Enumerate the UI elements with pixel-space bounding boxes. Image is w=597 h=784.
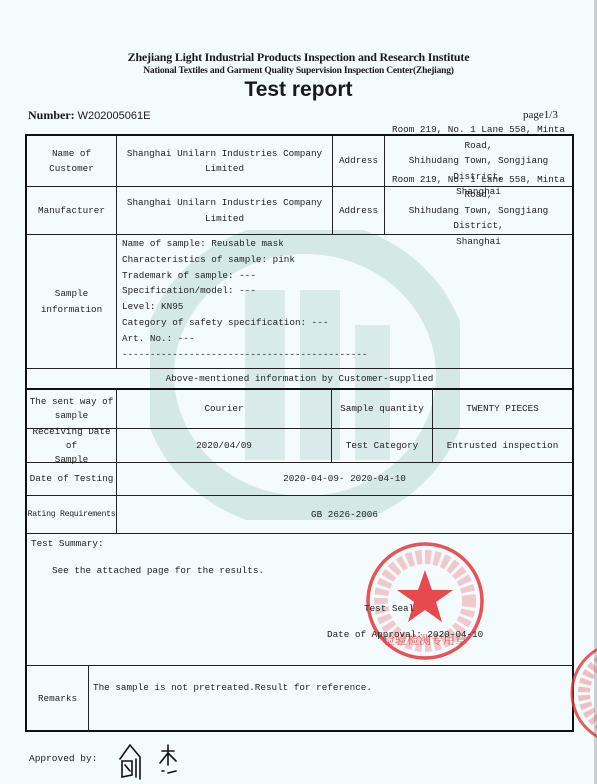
customer-address-label: Address [333,136,384,186]
receiving-date-label-line1: Receiving Date of [27,425,116,453]
sample-safety-category: Category of safety specification: --- [122,315,328,331]
test-seal-label: Test Seal [364,603,414,614]
approved-by-label: Approved by: [29,753,97,764]
manufacturer-name-line2: Limited [205,211,244,227]
manufacturer-address-label: Address [333,187,384,234]
partial-seal-icon [570,638,597,748]
remarks-label: Remarks [27,666,88,732]
sample-info-label-line1: Sample [55,286,88,302]
test-category-value: Entrusted inspection [433,429,572,462]
center-name: National Textiles and Garment Quality Su… [0,66,597,76]
number-label: Number: [28,108,75,122]
sent-way-label-line2: sample [55,409,88,423]
test-summary-label: Test Summary: [31,536,231,552]
approval-date: Date of Approval: 2020-04-10 [327,629,483,640]
customer-name: Shanghai Unilarn Industries Company Limi… [117,136,332,186]
sample-level: Level: KN95 [122,299,183,315]
customer-name-line1: Shanghai Unilarn Industries Company [127,146,322,162]
customer-supplied-note: Above-mentioned information by Customer-… [27,369,572,388]
manufacturer-address: Room 219, No. 1 Lane 558, Minta Road, Sh… [385,187,572,234]
page-number: page1/3 [523,109,558,121]
receiving-date-label: Receiving Date of Sample [27,429,116,462]
sent-way-value: Courier [117,390,331,428]
sample-info-label-line2: information [41,302,102,318]
sample-divider: ----------------------------------------… [122,347,367,363]
test-category-label: Test Category [332,429,432,462]
manufacturer-label: Manufacturer [27,187,116,234]
report-number: Number: W202005061E [28,108,150,123]
remarks-text: The sample is not pretreated.Result for … [93,680,563,696]
rating-value: GB 2626-2006 [117,496,572,533]
institute-name: Zhejiang Light Industrial Products Inspe… [0,50,597,65]
sample-art-no: Art. No.: --- [122,331,195,347]
sent-way-label-line1: The sent way of [30,395,114,409]
sample-quantity-value: TWENTY PIECES [433,390,572,428]
sample-trademark: Trademark of sample: --- [122,268,256,284]
sample-quantity-label: Sample quantity [332,390,432,428]
sample-characteristics: Characteristics of sample: pink [122,252,295,268]
sent-way-label: The sent way of sample [27,390,116,428]
testing-date-label: Date of Testing [27,463,116,495]
sample-name: Name of sample: Reusable mask [122,236,284,252]
manufacturer-name: Shanghai Unilarn Industries Company Limi… [117,187,332,234]
testing-date-value: 2020-04-09- 2020-04-10 [117,463,572,495]
signature-icon [110,737,190,782]
page-title: Test report [0,78,597,102]
manufacturer-address-line2: Shihudang Town, Songjiang District, [385,203,572,234]
test-summary-text: See the attached page for the results. [52,563,352,579]
number-value: W202005061E [78,110,151,122]
rating-label: Rating Requirements [27,496,116,533]
sample-specification: Specification/model: --- [122,283,256,299]
customer-name-line2: Limited [205,161,244,177]
customer-address-line1: Room 219, No. 1 Lane 558, Minta Road, [385,122,572,153]
receiving-date-value: 2020/04/09 [117,429,331,462]
customer-label: Name of Customer [27,136,116,186]
report-table: Name of Customer Shanghai Unilarn Indust… [25,134,574,732]
sample-info-details: Name of sample: Reusable mask Characteri… [122,236,562,368]
manufacturer-name-line1: Shanghai Unilarn Industries Company [127,195,322,211]
sample-info-label: Sample information [27,235,116,368]
manufacturer-address-line1: Room 219, No. 1 Lane 558, Minta Road, [385,172,572,203]
